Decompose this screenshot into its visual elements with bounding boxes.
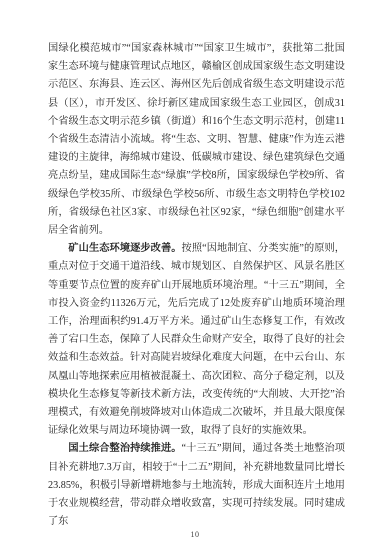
- paragraph-text: 国绿化模范城市”“国家森林城市”“国家卫生城市”，获批第二批国家生态环境与健康管…: [48, 43, 345, 236]
- paragraph-text: “十三五”期间，通过各类土地整治项目补充耕地7.3万亩，相较于“十二五”期间，补…: [48, 443, 345, 527]
- paragraph-mine-environment: 矿山生态环境逐步改善。按照“因地制宜、分类实施”的原则，重点对位于交通干道沿线、…: [48, 240, 345, 440]
- paragraph-lead: 国土综合整治持续推进。: [68, 443, 181, 454]
- document-page: 国绿化模范城市”“国家森林城市”“国家卫生城市”，获批第二批国家生态环境与健康管…: [0, 0, 390, 551]
- page-number: 10: [0, 530, 390, 539]
- paragraph-lead: 矿山生态环境逐步改善。: [68, 243, 181, 254]
- document-body: 国绿化模范城市”“国家森林城市”“国家卫生城市”，获批第二批国家生态环境与健康管…: [48, 40, 345, 531]
- paragraph-land-consolidation: 国土综合整治持续推进。“十三五”期间，通过各类土地整治项目补充耕地7.3万亩，相…: [48, 440, 345, 531]
- paragraph-ecology-city: 国绿化模范城市”“国家森林城市”“国家卫生城市”，获批第二批国家生态环境与健康管…: [48, 40, 345, 240]
- paragraph-text: 按照“因地制宜、分类实施”的原则，重点对位于交通干道沿线、城市规划区、自然保护区…: [48, 243, 345, 436]
